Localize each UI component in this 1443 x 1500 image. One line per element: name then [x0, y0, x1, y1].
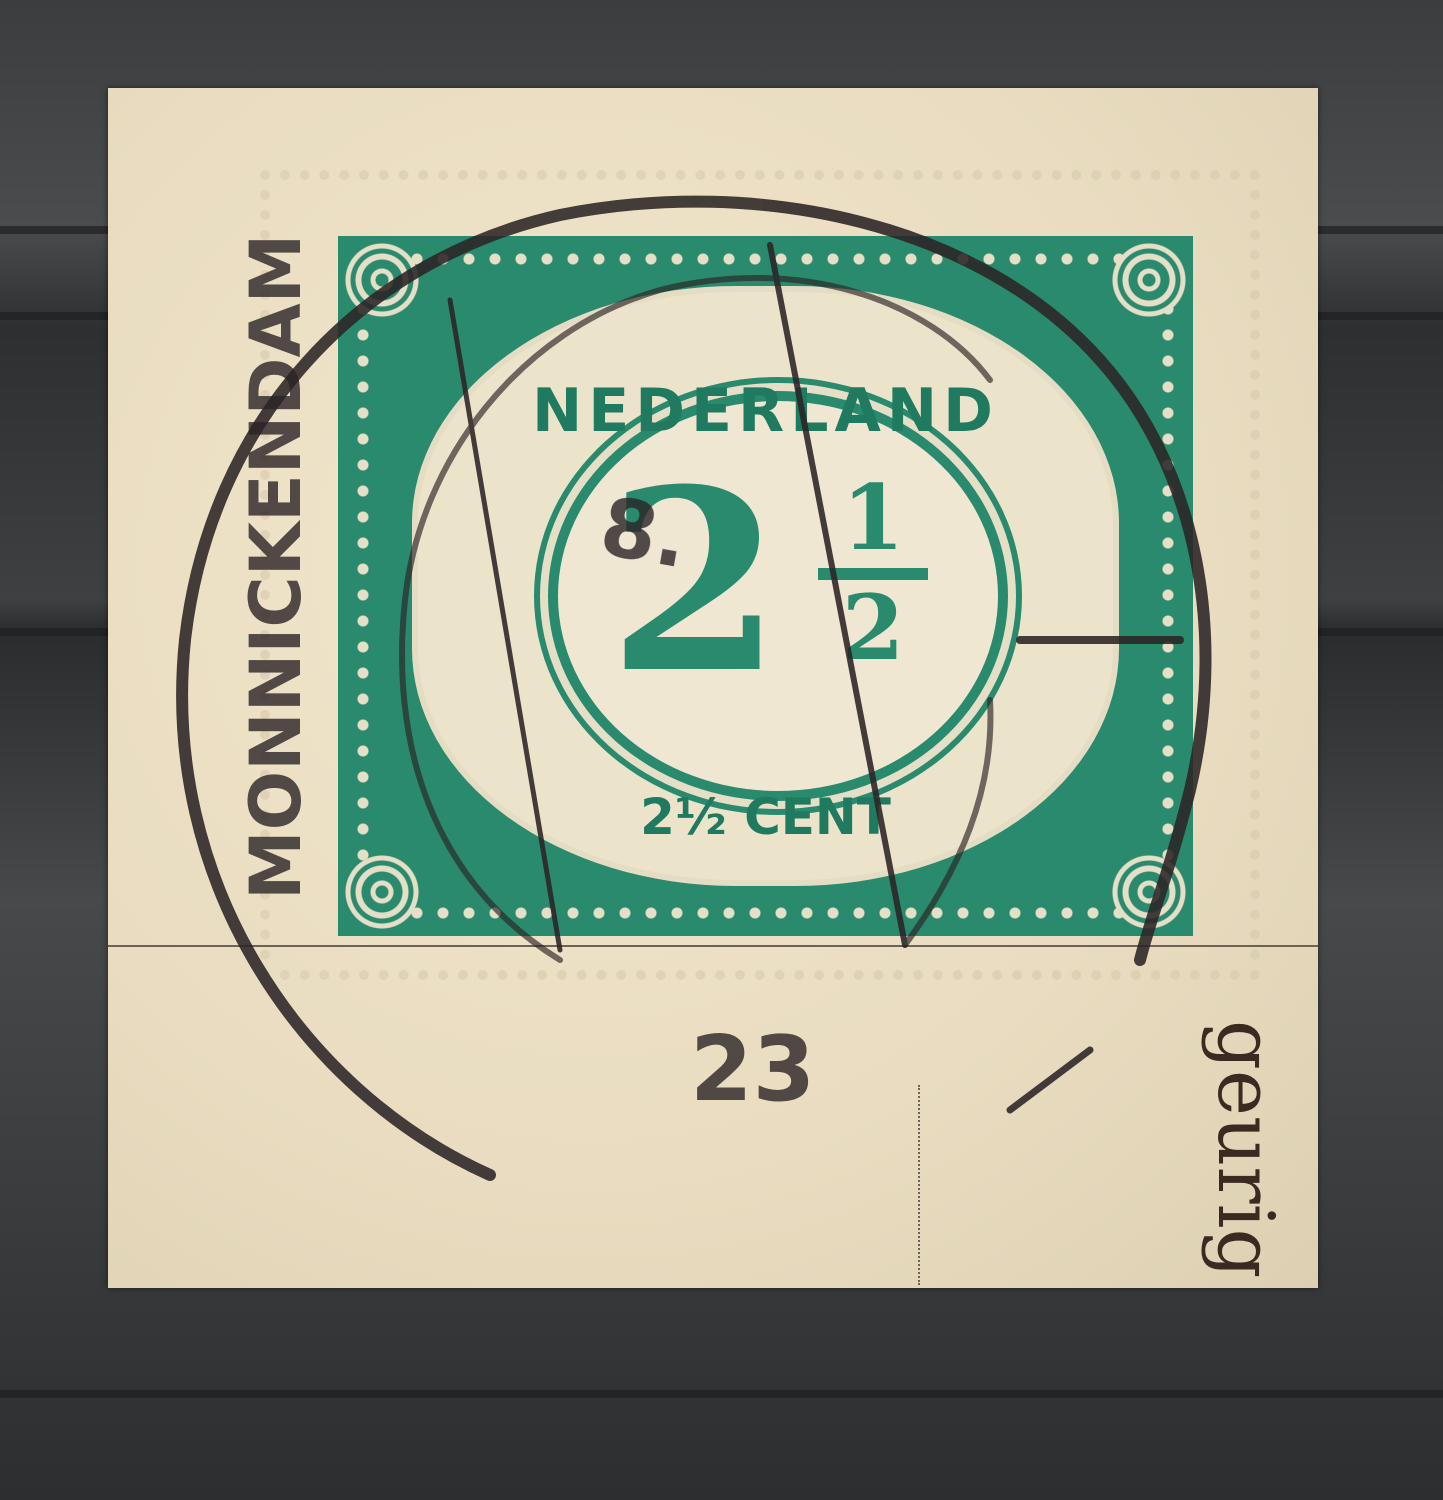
- rosette-icon: [1109, 852, 1189, 932]
- value-numeral: 2: [608, 456, 782, 706]
- bead-border-top: [378, 246, 1153, 272]
- bead-border-bottom: [378, 900, 1153, 926]
- rosette-icon: [342, 852, 422, 932]
- rosette-icon: [1109, 240, 1189, 320]
- dotted-divider: [918, 1085, 920, 1285]
- denomination-label: 2½ CENT: [338, 788, 1193, 846]
- printed-rule-line: [108, 945, 1318, 947]
- stockbook-strip: [0, 1390, 1443, 1398]
- fraction-numerator: 1: [842, 465, 905, 571]
- value-fraction: 1 2: [818, 476, 928, 671]
- fraction-denominator: 2: [842, 575, 905, 681]
- postage-stamp: NEDERLAND 2 1 2 2½ CENT: [338, 236, 1193, 936]
- paper-side-text: geurig: [1200, 1020, 1290, 1279]
- rosette-icon: [342, 240, 422, 320]
